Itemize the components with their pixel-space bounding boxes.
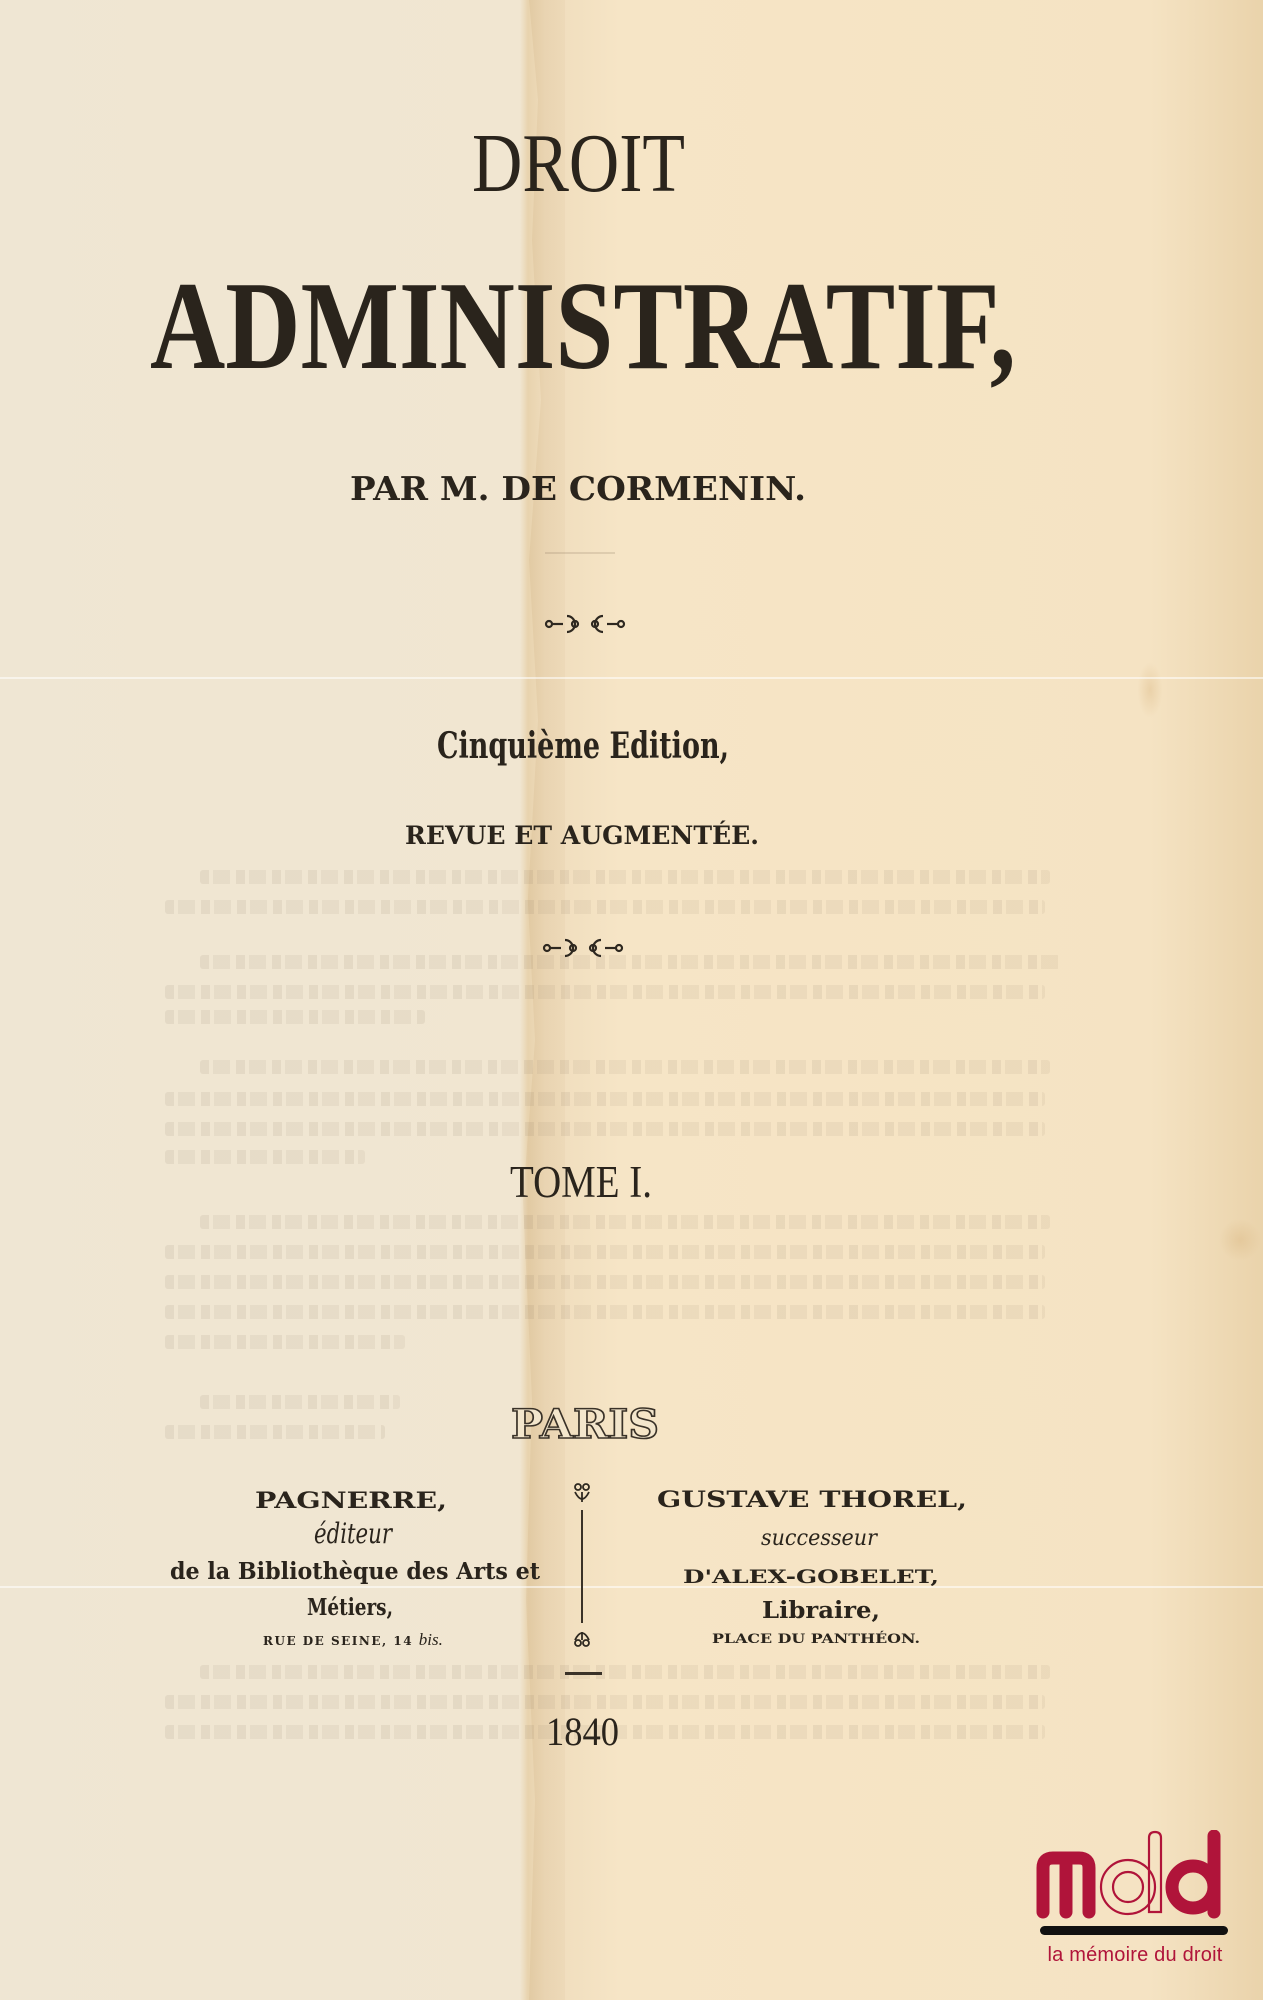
svg-text:éditeur: éditeur [314, 1517, 393, 1550]
svg-text:D'ALEX-GOBELET,: D'ALEX-GOBELET, [683, 1566, 939, 1588]
bleed-through-line [165, 1335, 405, 1349]
scan-artifact [0, 1586, 1263, 1588]
publisher-right-role: successeur [761, 1526, 881, 1552]
divider-bottom-ornament-icon [572, 1626, 592, 1648]
title-line-2: ADMINISTRATIF, [150, 276, 1020, 386]
publisher-left-name: PAGNERRE, [255, 1489, 451, 1511]
author-name: PAR M. DE CORMENIN. [350, 469, 806, 508]
bleed-through-line [165, 1275, 1045, 1289]
svg-text:Libraire,: Libraire, [762, 1597, 880, 1624]
bleed-through-line [165, 1425, 385, 1439]
svg-text:PLACE DU PANTHÉON.: PLACE DU PANTHÉON. [712, 1631, 920, 1647]
fleuron-ornament-icon [543, 613, 627, 635]
svg-text:de la Bibliothèque des Arts et: de la Bibliothèque des Arts et [170, 1558, 540, 1585]
title-droit: DROIT [472, 117, 685, 210]
publisher-left-line2: Métiers, [307, 1594, 397, 1622]
year-line: 1840 [546, 1712, 622, 1750]
bleed-through-line [165, 1245, 1045, 1259]
publisher-left-role: éditeur [314, 1518, 396, 1552]
city-text: PARIS [511, 1401, 659, 1448]
publisher-divider [581, 1510, 583, 1623]
bleed-through-line [165, 1010, 425, 1024]
bleed-through-line [200, 1395, 400, 1409]
title-line-1: DROIT [472, 130, 687, 195]
bleed-through-line [165, 985, 1045, 999]
bleed-through-line [200, 1665, 1050, 1679]
bleed-through-line [165, 1305, 1045, 1319]
fleuron-ornament-icon [541, 937, 625, 959]
svg-text:GUSTAVE THOREL,: GUSTAVE THOREL, [657, 1487, 967, 1513]
year-rule [565, 1672, 602, 1675]
publisher-right-line1: D'ALEX-GOBELET, [683, 1564, 943, 1588]
bleed-through-line [165, 900, 1045, 914]
bleed-through-line [200, 1215, 1050, 1229]
publisher-right-name: GUSTAVE THOREL, [657, 1488, 971, 1510]
city-line: PARIS [511, 1405, 663, 1445]
faint-rule [545, 552, 615, 554]
publisher-left-address: RUE DE SEINE, 14 bis. [263, 1630, 447, 1650]
bleed-through-line [165, 1122, 1045, 1136]
bleed-through-line [200, 1060, 1050, 1074]
bleed-through-line [165, 1150, 365, 1164]
svg-text:PAGNERRE,: PAGNERRE, [255, 1488, 447, 1514]
volume-line: TOME I. [510, 1160, 655, 1202]
svg-text:successeur: successeur [761, 1526, 878, 1551]
logo-tagline: la mémoire du droit [1035, 1944, 1235, 1967]
bleed-through-line [165, 1092, 1045, 1106]
title-administratif: ADMINISTRATIF, [150, 257, 1016, 396]
edition-line: Cinquième Edition, [437, 725, 733, 767]
bleed-through-line [200, 955, 1060, 969]
volume-text: TOME I. [510, 1157, 652, 1207]
publisher-left-line1: de la Bibliothèque des Arts et [170, 1556, 544, 1586]
edition-note-text: REVUE ET AUGMENTÉE. [405, 821, 759, 850]
svg-text:Métiers,: Métiers, [307, 1594, 393, 1621]
divider-top-ornament-icon [572, 1482, 592, 1508]
edition-text: Cinquième Edition, [437, 725, 729, 767]
bleed-through-line [165, 1695, 1045, 1709]
publisher-right-address: PLACE DU PANTHÉON. [712, 1630, 924, 1646]
year-text: 1840 [546, 1709, 619, 1754]
bleed-through-line [200, 870, 1050, 884]
scan-artifact [0, 677, 1263, 679]
publisher-right-line2: Libraire, [762, 1597, 884, 1625]
logo-underline [1040, 1926, 1228, 1935]
author-line: PAR M. DE CORMENIN. [350, 470, 810, 506]
edition-note-line: REVUE ET AUGMENTÉE. [405, 820, 763, 848]
